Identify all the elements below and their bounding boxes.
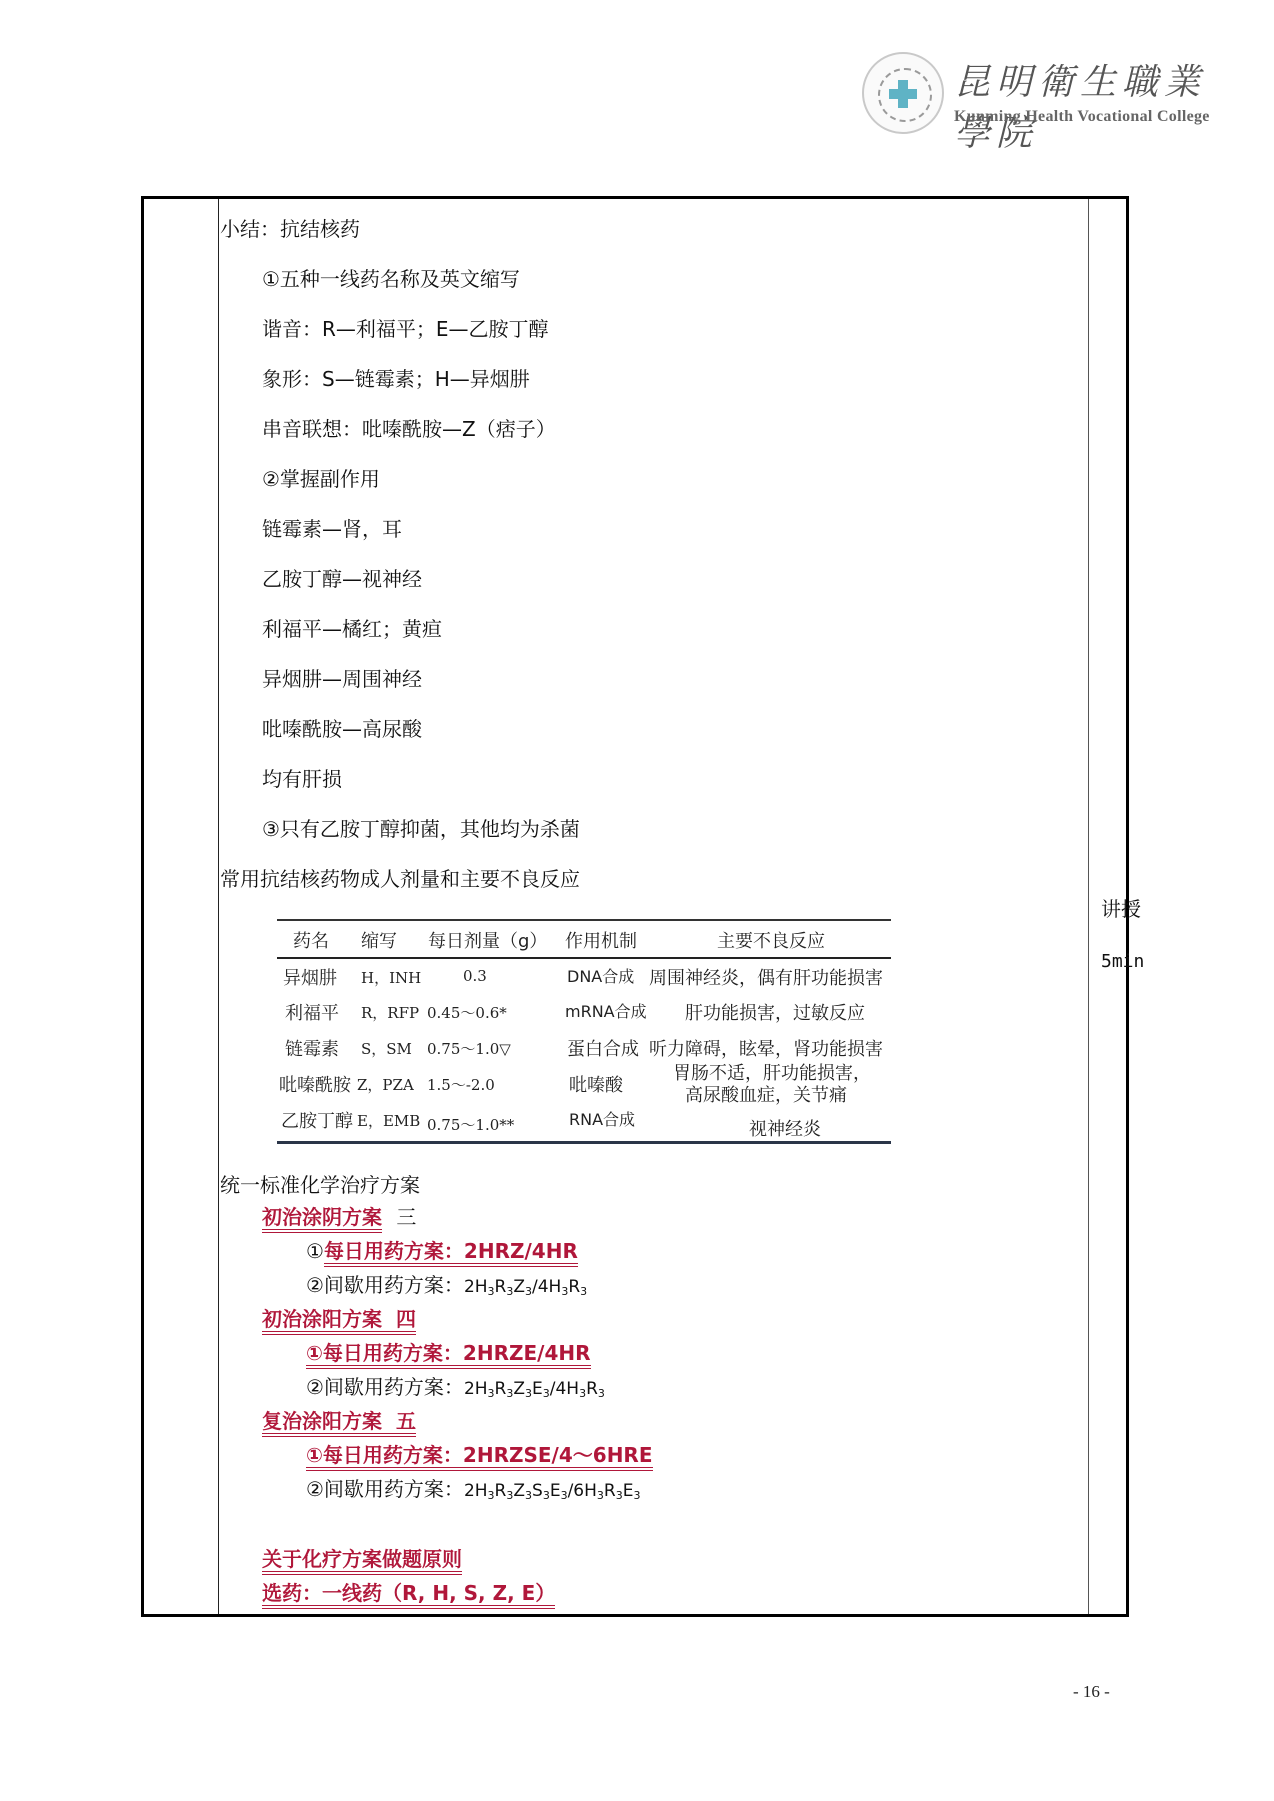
lesson-table: 小结：抗结核药 ①五种一线药名称及英文缩写 谐音：R—利福平；E—乙胺丁醇 象形… [141,196,1129,1617]
regimen-heading: 复治涂阳方案 五 [262,1405,416,1434]
regimen-daily: ①每日用药方案：2HRZ/4HR [306,1235,578,1264]
drug-table-header: 作用机制 [565,927,637,953]
drug-name: 链霉素 [285,1035,339,1061]
drug-table-header: 药名 [293,927,329,953]
table-column-content: 小结：抗结核药 ①五种一线药名称及英文缩写 谐音：R—利福平；E—乙胺丁醇 象形… [220,199,1086,1614]
regimen-intermittent: ②间歇用药方案：2H3R3Z3S3E3/6H3R3E3 [306,1473,640,1502]
summary-item: 异烟肼—周围神经 [262,663,422,692]
drug-table-header: 主要不良反应 [717,927,825,953]
drug-table: 药名 缩写 每日剂量（g） 作用机制 主要不良反应 异烟肼 H，INH 0.3 … [277,919,891,1149]
summary-item: 链霉素—肾，耳 [262,513,402,542]
logo-english-name: Kunming Health Vocational College [954,108,1210,126]
drug-dose: 0.45～0.6* [427,1002,507,1023]
college-seal-icon [862,52,944,134]
drug-mechanism: RNA合成 [569,1107,635,1130]
summary-item: 谐音：R—利福平；E—乙胺丁醇 [262,313,549,342]
regimen-heading: 初治涂阳方案 四 [262,1303,416,1332]
drug-mechanism: mRNA合成 [565,999,647,1022]
drug-adverse-line2: 高尿酸血症，关节痛 [685,1081,847,1107]
summary-item: ①五种一线药名称及英文缩写 [262,263,520,292]
teaching-duration: 5min [1101,951,1144,972]
table-column-left [144,199,219,1614]
summary-item: ③只有乙胺丁醇抑菌，其他均为杀菌 [262,813,580,842]
drug-name: 异烟肼 [283,964,337,990]
teaching-method: 讲授 [1101,893,1141,922]
drug-abbr: E，EMB [357,1110,420,1131]
principle-drugs: 选药：一线药（R, H, S, Z, E） [262,1577,555,1606]
page-number: - 16 - [1073,1682,1110,1702]
drug-adverse: 周围神经炎，偶有肝功能损害 [649,964,883,990]
summary-title: 小结：抗结核药 [220,213,360,242]
table-column-method: 讲授 5min [1088,199,1271,1614]
college-logo: 昆明衛生職業學院 Kunming Health Vocational Colle… [862,52,1242,132]
drug-abbr: S，SM [361,1038,412,1059]
drug-dose: 0.3 [463,967,487,985]
regimen-title: 统一标准化学治疗方案 [220,1169,420,1198]
summary-item: 吡嗪酰胺—高尿酸 [262,713,422,742]
table-caption: 常用抗结核药物成人剂量和主要不良反应 [220,863,580,892]
summary-item: ②掌握副作用 [262,463,380,492]
drug-name: 乙胺丁醇 [281,1107,353,1133]
drug-abbr: Z，PZA [357,1074,414,1095]
drug-adverse: 视神经炎 [749,1115,821,1141]
summary-item: 利福平—橘红；黄疸 [262,613,442,642]
drug-name: 吡嗪酰胺 [279,1071,351,1097]
drug-dose: 1.5～-2.0 [427,1074,495,1095]
summary-item: 象形：S—链霉素；H—异烟肼 [262,363,530,392]
drug-adverse: 肝功能损害，过敏反应 [685,999,865,1025]
principle-title: 关于化疗方案做题原则 [262,1543,462,1572]
regimen-intermittent: ②间歇用药方案：2H3R3Z3/4H3R3 [306,1269,587,1298]
drug-dose: 0.75～1.0** [427,1114,514,1135]
regimen-intermittent: ②间歇用药方案：2H3R3Z3E3/4H3R3 [306,1371,605,1400]
drug-abbr: R，RFP [361,1002,419,1023]
logo-chinese-name: 昆明衛生職業學院 [954,54,1242,156]
drug-mechanism: 吡嗪酸 [569,1071,623,1097]
regimen-heading: 初治涂阴方案 三 [262,1201,416,1230]
drug-adverse: 听力障碍，眩晕，肾功能损害 [649,1035,883,1061]
summary-item: 串音联想：吡嗪酰胺—Z（痞子） [262,413,556,442]
drug-table-header: 每日剂量（g） [428,927,547,953]
drug-abbr: H，INH [361,967,421,988]
drug-mechanism: 蛋白合成 [567,1035,639,1061]
drug-name: 利福平 [285,999,339,1025]
regimen-daily: ①每日用药方案：2HRZSE/4～6HRE [306,1439,653,1468]
drug-dose: 0.75～1.0▽ [427,1038,511,1059]
regimen-daily: ①每日用药方案：2HRZE/4HR [306,1337,591,1366]
drug-mechanism: DNA合成 [567,964,634,987]
summary-item: 均有肝损 [262,763,342,792]
drug-table-header: 缩写 [361,927,397,953]
summary-item: 乙胺丁醇—视神经 [262,563,422,592]
